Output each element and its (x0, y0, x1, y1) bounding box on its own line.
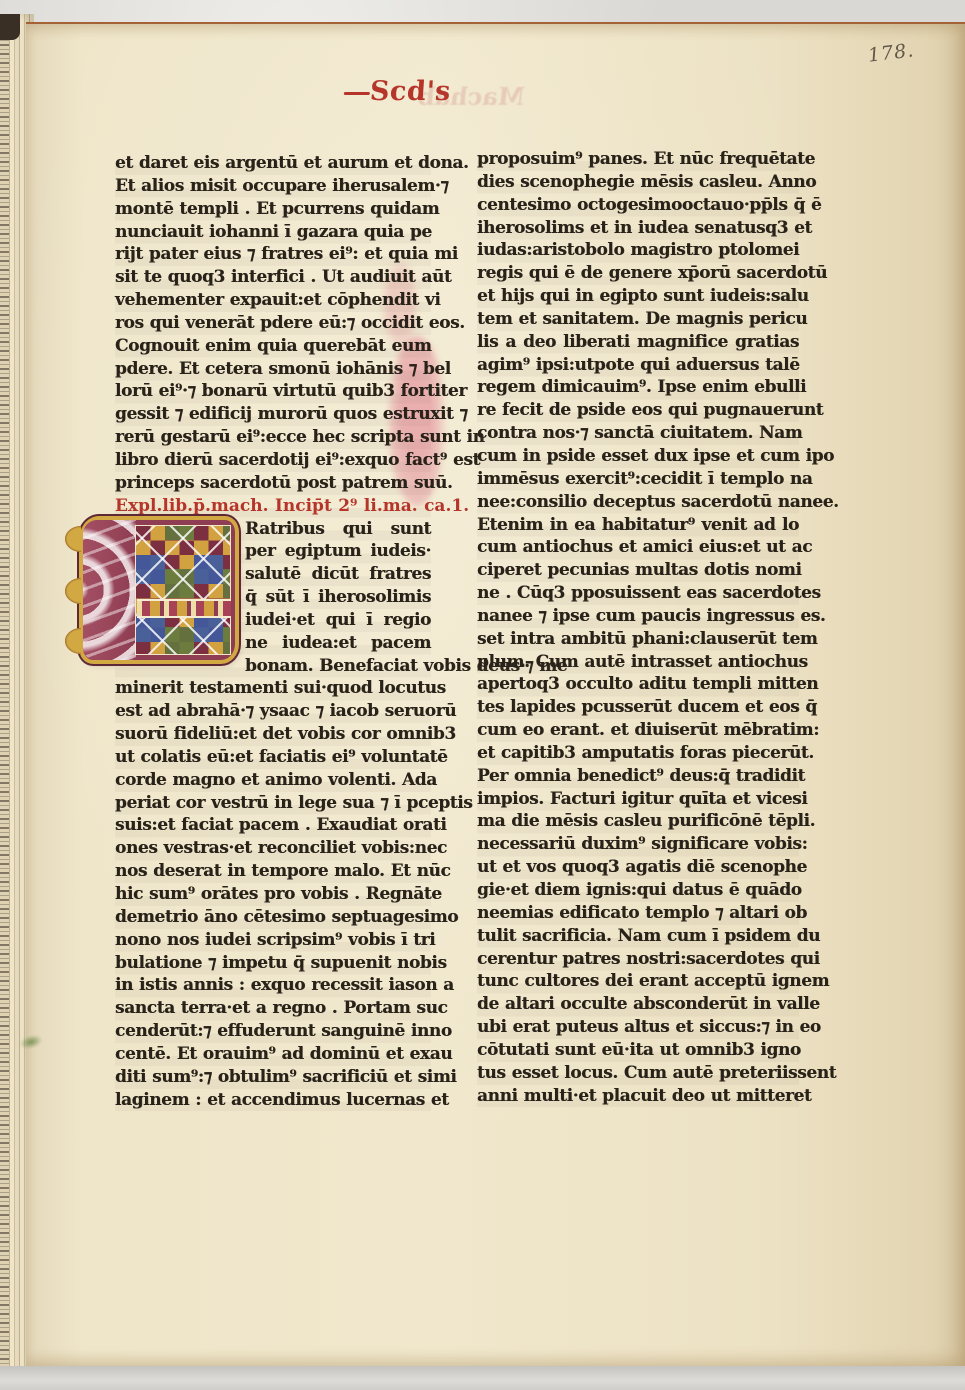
text-line: contra nos·⁊ sanctā ciuitatem. Nam (477, 422, 799, 445)
text-line: cum antiochus et amici eius:et ut ac (477, 536, 799, 559)
text-line: laginem : et accendimus lucernas et (115, 1089, 431, 1112)
text-line: ut et vos quoq3 agatis diē scenophe (477, 856, 799, 879)
text-line: demetrio āno cētesimo septuagesimo (115, 906, 431, 929)
text-line: apertoq3 occulto aditu templi mitten (477, 673, 799, 696)
text-line: agim⁹ ipsi:utpote qui aduersus talē (477, 354, 799, 377)
text-line: ciperet pecunias multas dotis nomi (477, 559, 799, 582)
text-line: gessit ⁊ edificij murorū quos estruxit ⁊ (115, 403, 431, 426)
text-line: centē. Et orauim⁹ ad dominū et exau (115, 1043, 431, 1066)
text-line: in istis annis : exquo recessit iason a (115, 974, 431, 997)
text-line: ones vestras·et reconciliet vobis:nec (115, 837, 431, 860)
text-line: nono nos iudei scripsim⁹ vobis ī tri (115, 929, 431, 952)
text-line: lorū ei⁹·⁊ bonarū virtutū quib3 fortiter (115, 380, 431, 403)
text-line: pdere. Et cetera smonū iohānis ⁊ bel (115, 358, 431, 381)
text-line: lis a deo liberati magnifice gratias (477, 331, 799, 354)
text-line: bulatione ⁊ impetu q̄ supuenit nobis (115, 952, 431, 975)
text-line: rijt pater eius ⁊ fratres ei⁹: et quia m… (115, 243, 431, 266)
text-line: immēsus exercit⁹:cecidit ī templo na (477, 468, 799, 491)
text-line: re fecit de pside eos qui pugnauerunt (477, 399, 799, 422)
initial-checkerboard-panel (135, 525, 231, 655)
text-line: princeps sacerdotū post patrem suū. (115, 472, 431, 495)
text-line: et hijs qui in egipto sunt iudeis:salu (477, 285, 799, 308)
text-line: rerū gestarū ei⁹:ecce hec scripta sunt i… (115, 426, 431, 449)
text-line: cōtutati sunt eū·ita ut omnib3 igno (477, 1039, 799, 1062)
gold-flourish-icon (65, 628, 81, 654)
text-line: est ad abrahā·⁊ ysaac ⁊ iacob seruorū (115, 700, 431, 723)
text-line: cum eo erant. et diuiserūt mēbratim: (477, 719, 799, 742)
initial-foliate-panel (83, 520, 136, 660)
text-line: tus esset locus. Cum autē preteriissent (477, 1062, 799, 1085)
text-line: iudas:aristobolo magistro ptolomei (477, 239, 799, 262)
text-line: regis qui ē de genere xp̄orū sacerdotū (477, 262, 799, 285)
text-line: plum. Cum autē intrasset antiochus (477, 651, 799, 674)
text-line: vehementer expauit:et cōphendit vi (115, 289, 431, 312)
text-line: et capitib3 amputatis foras piecerūt. (477, 742, 799, 765)
text-line: montē templi . Et pcurrens quidam (115, 198, 431, 221)
text-line: regem dimicauim⁹. Ipse enim ebulli (477, 376, 799, 399)
text-line: necessariū duxim⁹ significare vobis: (477, 833, 799, 856)
initial-ornament-band (137, 599, 231, 618)
text-line: tunc cultores dei erant acceptū ignem (477, 970, 799, 993)
text-line: ne . Cūq3 pposuissent eas sacerdotes (477, 582, 799, 605)
text-line: suorū fideliū:et det vobis cor omnib3 (115, 723, 431, 746)
text-line: sit te quoq3 interfici . Ut audiuit aūt (115, 266, 431, 289)
text-line: centesimo octogesimooctauo·pp̄ls q̄ ē (477, 194, 799, 217)
text-line: Per omnia benedict⁹ deus:q̄ tradidit (477, 765, 799, 788)
facing-page-text-sliver (0, 14, 9, 1378)
text-line: neemias edificato templo ⁊ altari ob (477, 902, 799, 925)
text-line: diti sum⁹:⁊ obtulim⁹ sacrificiū et simi (115, 1066, 431, 1089)
text-line: set intra ambitū phani:clauserūt tem (477, 628, 799, 651)
text-line: cerentur patres nostri:sacerdotes qui (477, 948, 799, 971)
running-header: Scd's (369, 76, 452, 107)
text-line: anni multi·et placuit deo ut mitteret (477, 1085, 799, 1108)
text-line: nunciauit iohanni ī gazara quia pe (115, 221, 431, 244)
folio-number: 178. (867, 39, 916, 66)
photograph-of-manuscript: { "page": { "folio_number": "178.", "run… (0, 0, 965, 1390)
text-line: impios. Facturi igitur quīta et vicesi (477, 788, 799, 811)
text-line: periat cor vestrū in lege sua ⁊ ī pcepti… (115, 792, 431, 815)
text-line: hic sum⁹ orātes pro vobis . Regnāte (115, 883, 431, 906)
text-column-left: et daret eis argentū et aurum et dona.Et… (115, 152, 431, 1111)
text-line: Etenim in ea habitatur⁹ venit ad lo (477, 514, 799, 537)
text-line: cenderūt:⁊ effuderunt sanguinē inno (115, 1020, 431, 1043)
text-line: suis:et faciat pacem . Exaudiat orati (115, 814, 431, 837)
text-line: nee:consilio deceptus sacerdotū nanee. (477, 491, 799, 514)
text-line: tem et sanitatem. De magnis pericu (477, 308, 799, 331)
text-line: ubi erat puteus altus et siccus:⁊ in eo (477, 1016, 799, 1039)
text-line: proposuim⁹ panes. Et nūc frequētate (477, 148, 799, 171)
rubric-incipit: Expl.lib.p̄.mach. Incip̄t 2⁹ li.ma. ca.1… (115, 495, 431, 518)
gutter-dark-corner (0, 14, 20, 40)
text-line: Et alios misit occupare iherusalem·⁊ (115, 175, 431, 198)
text-line: nos deserat in tempore malo. Et nūc (115, 860, 431, 883)
text-line: nanee ⁊ ipse cum paucis ingressus es. (477, 605, 799, 628)
text-line: tulit sacrificia. Nam cum ī psidem du (477, 925, 799, 948)
text-column-right: proposuim⁹ panes. Et nūc frequētatedies … (477, 148, 799, 1107)
text-line: cum in pside esset dux ipse et cum ipo (477, 445, 799, 468)
backdrop-felt (0, 1366, 965, 1390)
text-line: ros qui venerāt pdere eū:⁊ occidit eos. (115, 312, 431, 335)
text-line: corde magno et animo volenti. Ada (115, 769, 431, 792)
text-line: sancta terra·et a regno . Portam suc (115, 997, 431, 1020)
text-line: ma die mēsis casleu purificōnē tēpli. (477, 810, 799, 833)
text-line: iherosolims et in iudea senatusq3 et (477, 217, 799, 240)
gold-flourish-icon (65, 526, 81, 552)
text-line: et daret eis argentū et aurum et dona. (115, 152, 431, 175)
text-line: ut colatis eū:et faciatis ei⁹ voluntatē (115, 746, 431, 769)
text-line: libro dierū sacerdotij ei⁹:exquo fact⁹ e… (115, 449, 431, 472)
gold-flourish-icon (65, 578, 81, 604)
text-line: minerit testamenti sui·quod locutus (115, 677, 431, 700)
text-line: tes lapides pcusserūt ducem et eos q̄ (477, 696, 799, 719)
illuminated-initial-F (83, 520, 235, 660)
text-line: Cognouit enim quia querebāt eum (115, 335, 431, 358)
text-line: dies scenophegie mēsis casleu. Anno (477, 171, 799, 194)
manuscript-page: 178. Machab Scd's et daret eis argentū e… (26, 22, 965, 1368)
text-line: gie·et diem ignis:qui datus ē quādo (477, 879, 799, 902)
text-line: de altari occulte absconderūt in valle (477, 993, 799, 1016)
